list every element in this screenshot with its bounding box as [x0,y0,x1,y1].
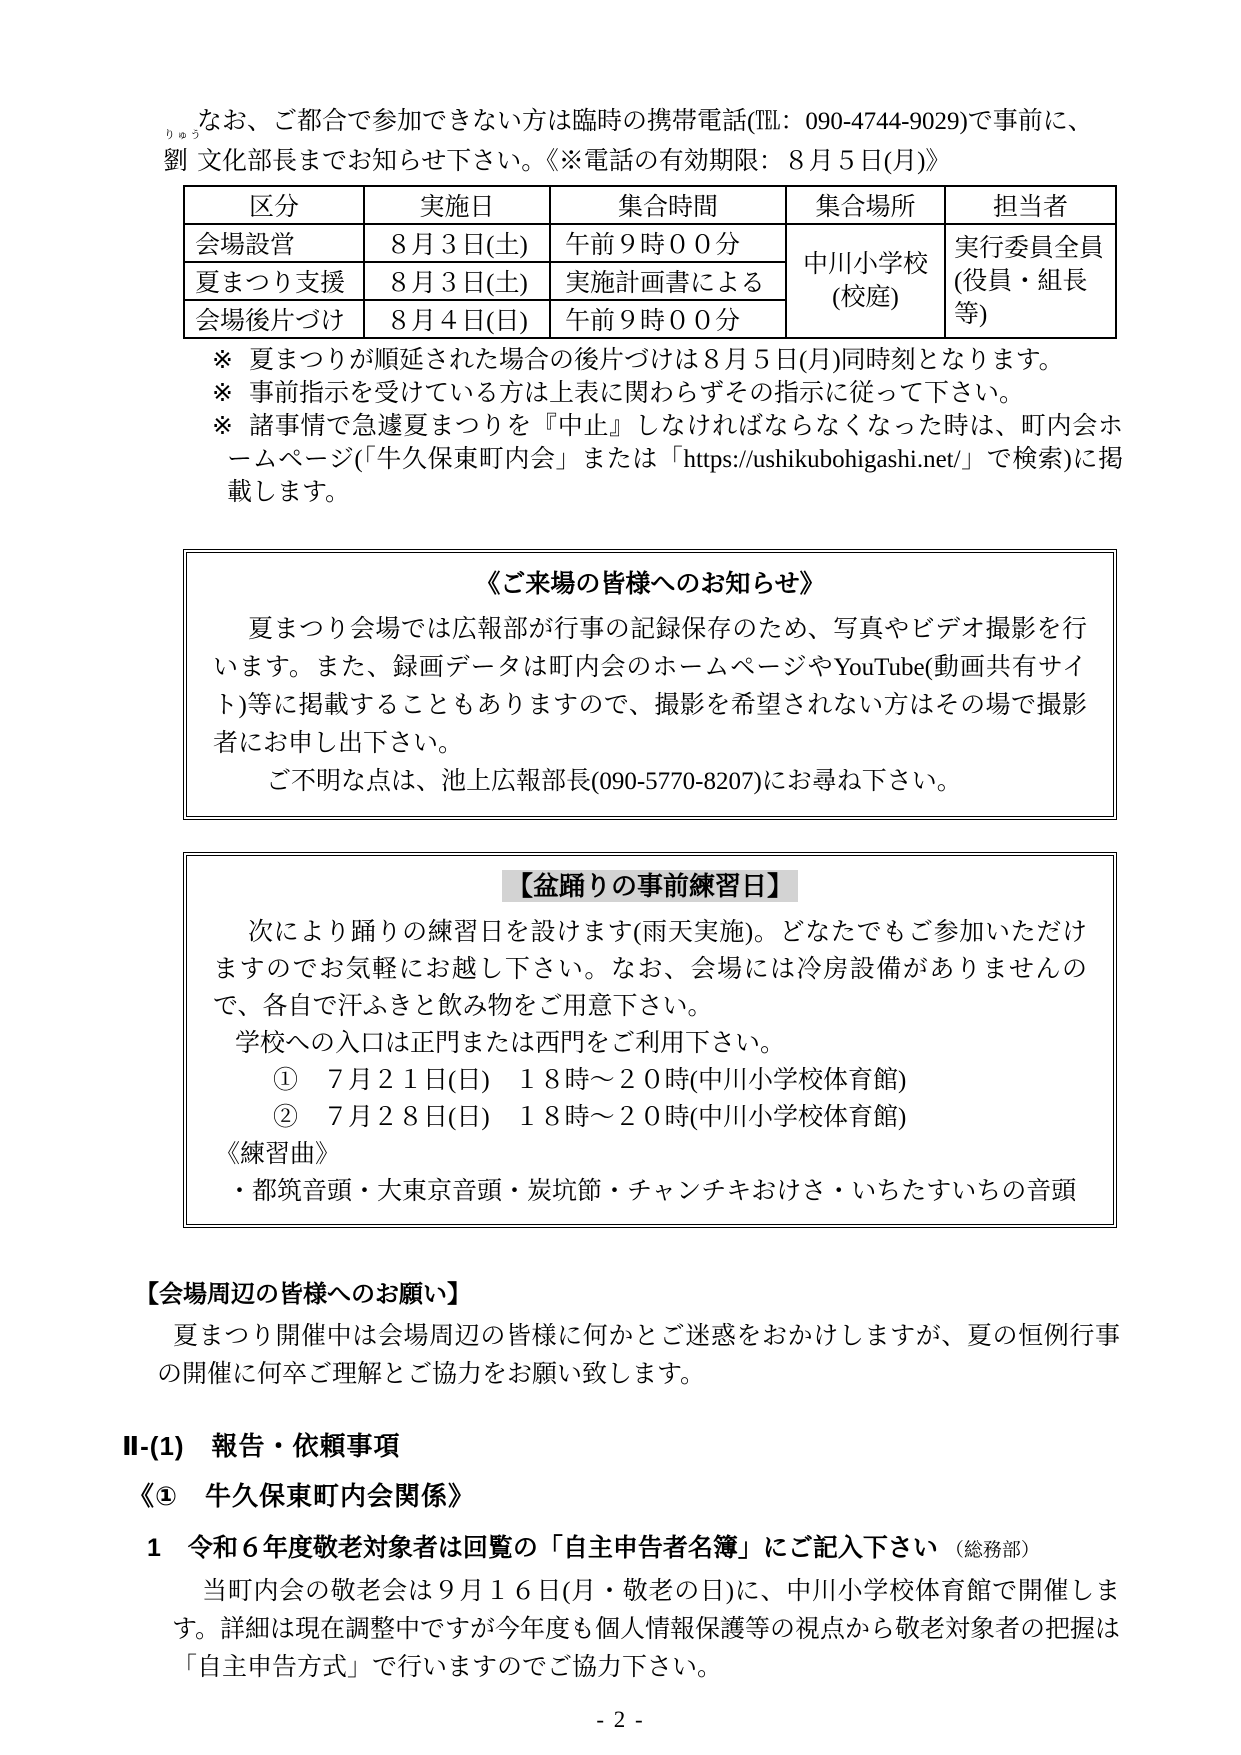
practice-session-2: ② ７月２８日(日) １８時～２０時(中川小学校体育館) [213,1099,1087,1136]
staff-line-1: 実行委員全員 [954,232,1111,265]
note-marker-icon: ※ [190,377,233,410]
note-item-2: ※ 事前指示を受けている方は上表に関わらずその指示に従って下さい。 [227,377,1123,410]
name-with-furigana: りゅう 劉 [163,142,188,182]
visitor-notice-box: 《ご来場の皆様へのお知らせ》 夏まつり会場では広報部が行事の記録保存のため、写真… [183,549,1117,820]
note-marker-icon: ※ [190,344,233,377]
intro-paragraph: なお、ご都合で参加できない方は臨時の携帯電話(℡：090-4744-9029)で… [120,102,1120,182]
note-item-3: ※ 諸事情で急遽夏まつりを『中止』しなければならなくなった時は、町内会ホームペー… [227,410,1123,509]
intro-line-2: りゅう 劉 文化部長までお知らせ下さい。《※電話の有効期限：８月５日(月)》 [163,142,1120,182]
practice-paragraph-2: 学校への入口は正門または西門をご利用下さい。 [213,1025,1087,1062]
practice-songs-list: ・都筑音頭・大東京音頭・炭坑節・チャンチキおけさ・いちたすいちの音頭 [213,1173,1087,1210]
notes-list: ※ 夏まつりが順延された場合の後片づけは８月５日(月)同時刻となります。 ※ 事… [227,344,1123,509]
furigana-text: りゅう [164,130,203,141]
practice-box-title-highlight: 【盆踊りの事前練習日】 [502,870,798,902]
practice-session-1: ① ７月２１日(日) １８時～２０時(中川小学校体育館) [213,1062,1087,1099]
cell-time-2: 実施計画書による [550,262,786,300]
practice-box: 【盆踊りの事前練習日】 次により踊りの練習日を設けます(雨天実施)。どなたでもご… [183,852,1117,1228]
cell-date-3: ８月４日(日) [364,300,550,338]
report-section-heading: Ⅱ-(1) 報告・依頼事項 [122,1426,1241,1463]
header-meeting-place: 集合場所 [786,186,945,224]
cell-date-2: ８月３日(土) [364,262,550,300]
document-page: なお、ご都合で参加できない方は臨時の携帯電話(℡：090-4744-9029)で… [0,0,1241,1755]
intro-line-1: なお、ご都合で参加できない方は臨時の携帯電話(℡：090-4744-9029)で… [120,102,1120,142]
practice-box-title: 【盆踊りの事前練習日】 [213,868,1087,906]
visitor-notice-title: 《ご来場の皆様へのお知らせ》 [213,566,1087,604]
cell-category-2: 夏まつり支援 [184,262,364,300]
cell-date-1: ８月３日(土) [364,224,550,262]
meeting-place-line-1: 中川小学校 [791,248,940,281]
item-1-title-row: 1令和６年度敬老対象者は回覧の「自主申告者名簿」にご記入下さい（総務部） [147,1528,1241,1564]
header-meeting-time: 集合時間 [550,186,786,224]
report-section: Ⅱ-(1) 報告・依頼事項 《① 牛久保東町内会関係》 1令和６年度敬老対象者は… [0,1426,1241,1687]
page-number: - 2 - [0,1707,1241,1733]
cell-category-1: 会場設営 [184,224,364,262]
item-1-body: 当町内会の敬老会は９月１６日(月・敬老の日)に、中川小学校体育館で開催します。詳… [172,1573,1120,1687]
visitor-notice-paragraph-1: 夏まつり会場では広報部が行事の記録保存のため、写真やビデオ撮影を行います。また、… [213,611,1087,763]
neighbors-request-section: 【会場周辺の皆様へのお願い】 夏まつり開催中は会場周辺の皆様に何かとご迷惑をおか… [0,1274,1241,1394]
note-text-1: 夏まつりが順延された場合の後片づけは８月５日(月)同時刻となります。 [249,347,1064,374]
intro-line-2-rest: 文化部長までお知らせ下さい。《※電話の有効期限：８月５日(月)》 [197,148,950,175]
name-kanji: 劉 [163,148,188,175]
table-header-row: 区分 実施日 集合時間 集合場所 担当者 [184,186,1116,224]
cell-time-1: 午前９時００分 [550,224,786,262]
schedule-table: 区分 実施日 集合時間 集合場所 担当者 会場設営 ８月３日(土) 午前９時００… [183,185,1117,339]
cell-time-3: 午前９時００分 [550,300,786,338]
header-staff: 担当者 [945,186,1116,224]
item-1-number: 1 [147,1534,161,1562]
note-text-2: 事前指示を受けている方は上表に関わらずその指示に従って下さい。 [249,380,1024,407]
practice-paragraph-1: 次により踊りの練習日を設けます(雨天実施)。どなたでもご参加いただけますのでお気… [213,914,1087,1025]
cell-category-3: 会場後片づけ [184,300,364,338]
item-1-department: （総務部） [945,1540,1040,1561]
practice-songs-label: 《練習曲》 [213,1136,1087,1173]
cell-staff: 実行委員全員 (役員・組長等) [945,224,1116,338]
neighbors-request-body: 夏まつり開催中は会場周辺の皆様に何かとご迷惑をおかけしますが、夏の恒例行事の開催… [157,1318,1120,1394]
visitor-notice-paragraph-2: ご不明な点は、池上広報部長(090-5770-8207)にお尋ね下さい。 [213,763,1087,801]
header-category: 区分 [184,186,364,224]
table-row: 会場設営 ８月３日(土) 午前９時００分 中川小学校 (校庭) 実行委員全員 (… [184,224,1116,262]
cell-meeting-place: 中川小学校 (校庭) [786,224,945,338]
meeting-place-line-2: (校庭) [791,281,940,314]
staff-line-2: (役員・組長等) [954,265,1111,331]
note-text-3: 諸事情で急遽夏まつりを『中止』しなければならなくなった時は、町内会ホームページ(… [227,413,1123,506]
note-item-1: ※ 夏まつりが順延された場合の後片づけは８月５日(月)同時刻となります。 [227,344,1123,377]
association-subheading: 《① 牛久保東町内会関係》 [128,1476,1241,1513]
item-1-title: 令和６年度敬老対象者は回覧の「自主申告者名簿」にご記入下さい [188,1534,938,1562]
note-marker-icon: ※ [190,410,233,443]
neighbors-request-title: 【会場周辺の皆様へのお願い】 [135,1274,1241,1309]
header-date: 実施日 [364,186,550,224]
